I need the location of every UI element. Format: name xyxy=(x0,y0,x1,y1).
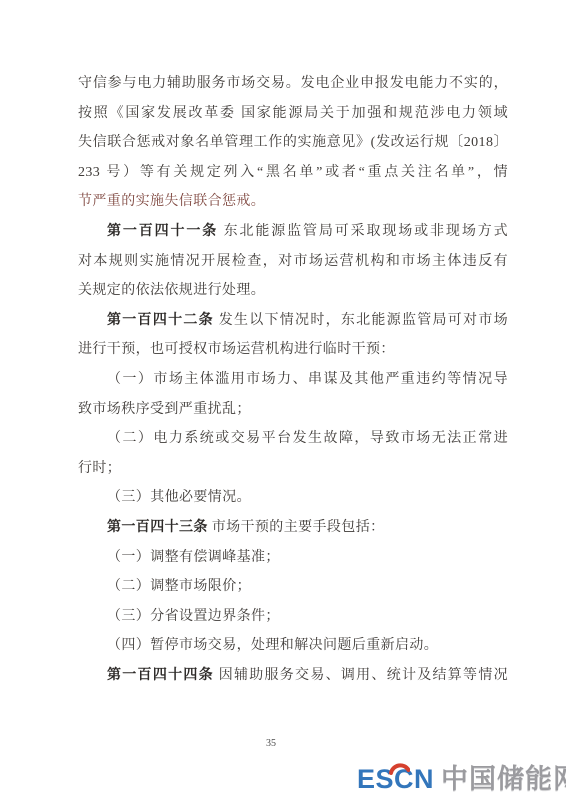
text-line: （三）其他必要情况。 xyxy=(78,483,508,513)
text-line: 233 号）等有关规定列入“黑名单”或者“重点关注名单”，情 xyxy=(78,158,508,188)
text-line: 第一百四十二条 发生以下情况时，东北能源监管局可对市场 xyxy=(78,306,508,336)
article-number: 第一百四十一条 xyxy=(107,224,218,239)
line-text: 节严重的实施失信联合惩戒。 xyxy=(78,194,265,209)
line-text: （一）调整有偿调峰基准； xyxy=(107,550,280,565)
text-line: 行时； xyxy=(78,454,508,484)
document-page: 守信参与电力辅助服务市场交易。发电企业申报发电能力不实的，按照《国家发展改革委 … xyxy=(0,0,566,800)
text-line: （一）市场主体滥用市场力、串谋及其他严重违约等情况导 xyxy=(78,365,508,395)
text-line: 关规定的依法依规进行处理。 xyxy=(78,276,508,306)
line-text: 致市场秩序受到严重扰乱； xyxy=(78,402,251,417)
line-text: 发生以下情况时，东北能源监管局可对市场 xyxy=(214,313,508,328)
line-text: 对本规则实施情况开展检查，对市场运营机构和市场主体违反有 xyxy=(78,254,508,269)
line-text: （三）其他必要情况。 xyxy=(107,490,251,505)
line-text: 因辅助服务交易、调用、统计及结算等情况 xyxy=(214,668,508,683)
line-text: 东北能源监管局可采取现场或非现场方式 xyxy=(218,224,508,239)
escn-logo-chinese-text: 中国储能网 xyxy=(441,764,566,794)
text-line: 第一百四十三条 市场干预的主要手段包括： xyxy=(78,513,508,543)
text-line: 按照《国家发展改革委 国家能源局关于加强和规范涉电力领域 xyxy=(78,99,508,129)
line-text: 市场干预的主要手段包括： xyxy=(208,520,385,535)
document-text-block: 守信参与电力辅助服务市场交易。发电企业申报发电能力不实的，按照《国家发展改革委 … xyxy=(78,69,508,690)
text-line: 进行干预，也可授权市场运营机构进行临时干预： xyxy=(78,335,508,365)
line-text: 关规定的依法依规进行处理。 xyxy=(78,283,265,298)
article-number: 第一百四十四条 xyxy=(107,668,214,683)
text-line: 致市场秩序受到严重扰乱； xyxy=(78,395,508,425)
line-text: 行时； xyxy=(78,461,121,476)
article-number: 第一百四十三条 xyxy=(107,520,208,535)
escn-logo: ESCN 中国储能网 xyxy=(357,760,566,794)
escn-logo-text: ESCN xyxy=(357,764,434,794)
text-line: （三）分省设置边界条件； xyxy=(78,602,508,632)
text-line: 第一百四十四条 因辅助服务交易、调用、统计及结算等情况 xyxy=(78,661,508,691)
text-line: 第一百四十一条 东北能源监管局可采取现场或非现场方式 xyxy=(78,217,508,247)
line-text: 233 号）等有关规定列入“黑名单”或者“重点关注名单”，情 xyxy=(78,165,508,180)
text-line: 守信参与电力辅助服务市场交易。发电企业申报发电能力不实的， xyxy=(78,69,508,99)
line-text: 进行干预，也可授权市场运营机构进行临时干预： xyxy=(78,342,395,357)
text-line: （四）暂停市场交易，处理和解决问题后重新启动。 xyxy=(78,631,508,661)
line-text: （二）调整市场限价； xyxy=(107,579,251,594)
line-text: （四）暂停市场交易，处理和解决问题后重新启动。 xyxy=(107,638,438,653)
escn-logo-latin-wrap: ESCN xyxy=(357,764,434,794)
text-line: （一）调整有偿调峰基准； xyxy=(78,543,508,573)
text-line: 对本规则实施情况开展检查，对市场运营机构和市场主体违反有 xyxy=(78,247,508,277)
article-number: 第一百四十二条 xyxy=(107,313,214,328)
line-text: （二）电力系统或交易平台发生故障，导致市场无法正常进 xyxy=(107,431,508,446)
line-text: 守信参与电力辅助服务市场交易。发电企业申报发电能力不实的， xyxy=(78,76,508,91)
line-text: （三）分省设置边界条件； xyxy=(107,609,280,624)
line-text: 失信联合惩戒对象名单管理工作的实施意见》(发改运行规〔2018〕 xyxy=(78,135,508,150)
text-line: 失信联合惩戒对象名单管理工作的实施意见》(发改运行规〔2018〕 xyxy=(78,128,508,158)
line-text: （一）市场主体滥用市场力、串谋及其他严重违约等情况导 xyxy=(107,372,508,387)
text-line: （二）电力系统或交易平台发生故障，导致市场无法正常进 xyxy=(78,424,508,454)
line-text: 按照《国家发展改革委 国家能源局关于加强和规范涉电力领域 xyxy=(78,106,508,121)
text-line: （二）调整市场限价； xyxy=(78,572,508,602)
page-number: 35 xyxy=(254,738,288,749)
text-line: 节严重的实施失信联合惩戒。 xyxy=(78,187,508,217)
